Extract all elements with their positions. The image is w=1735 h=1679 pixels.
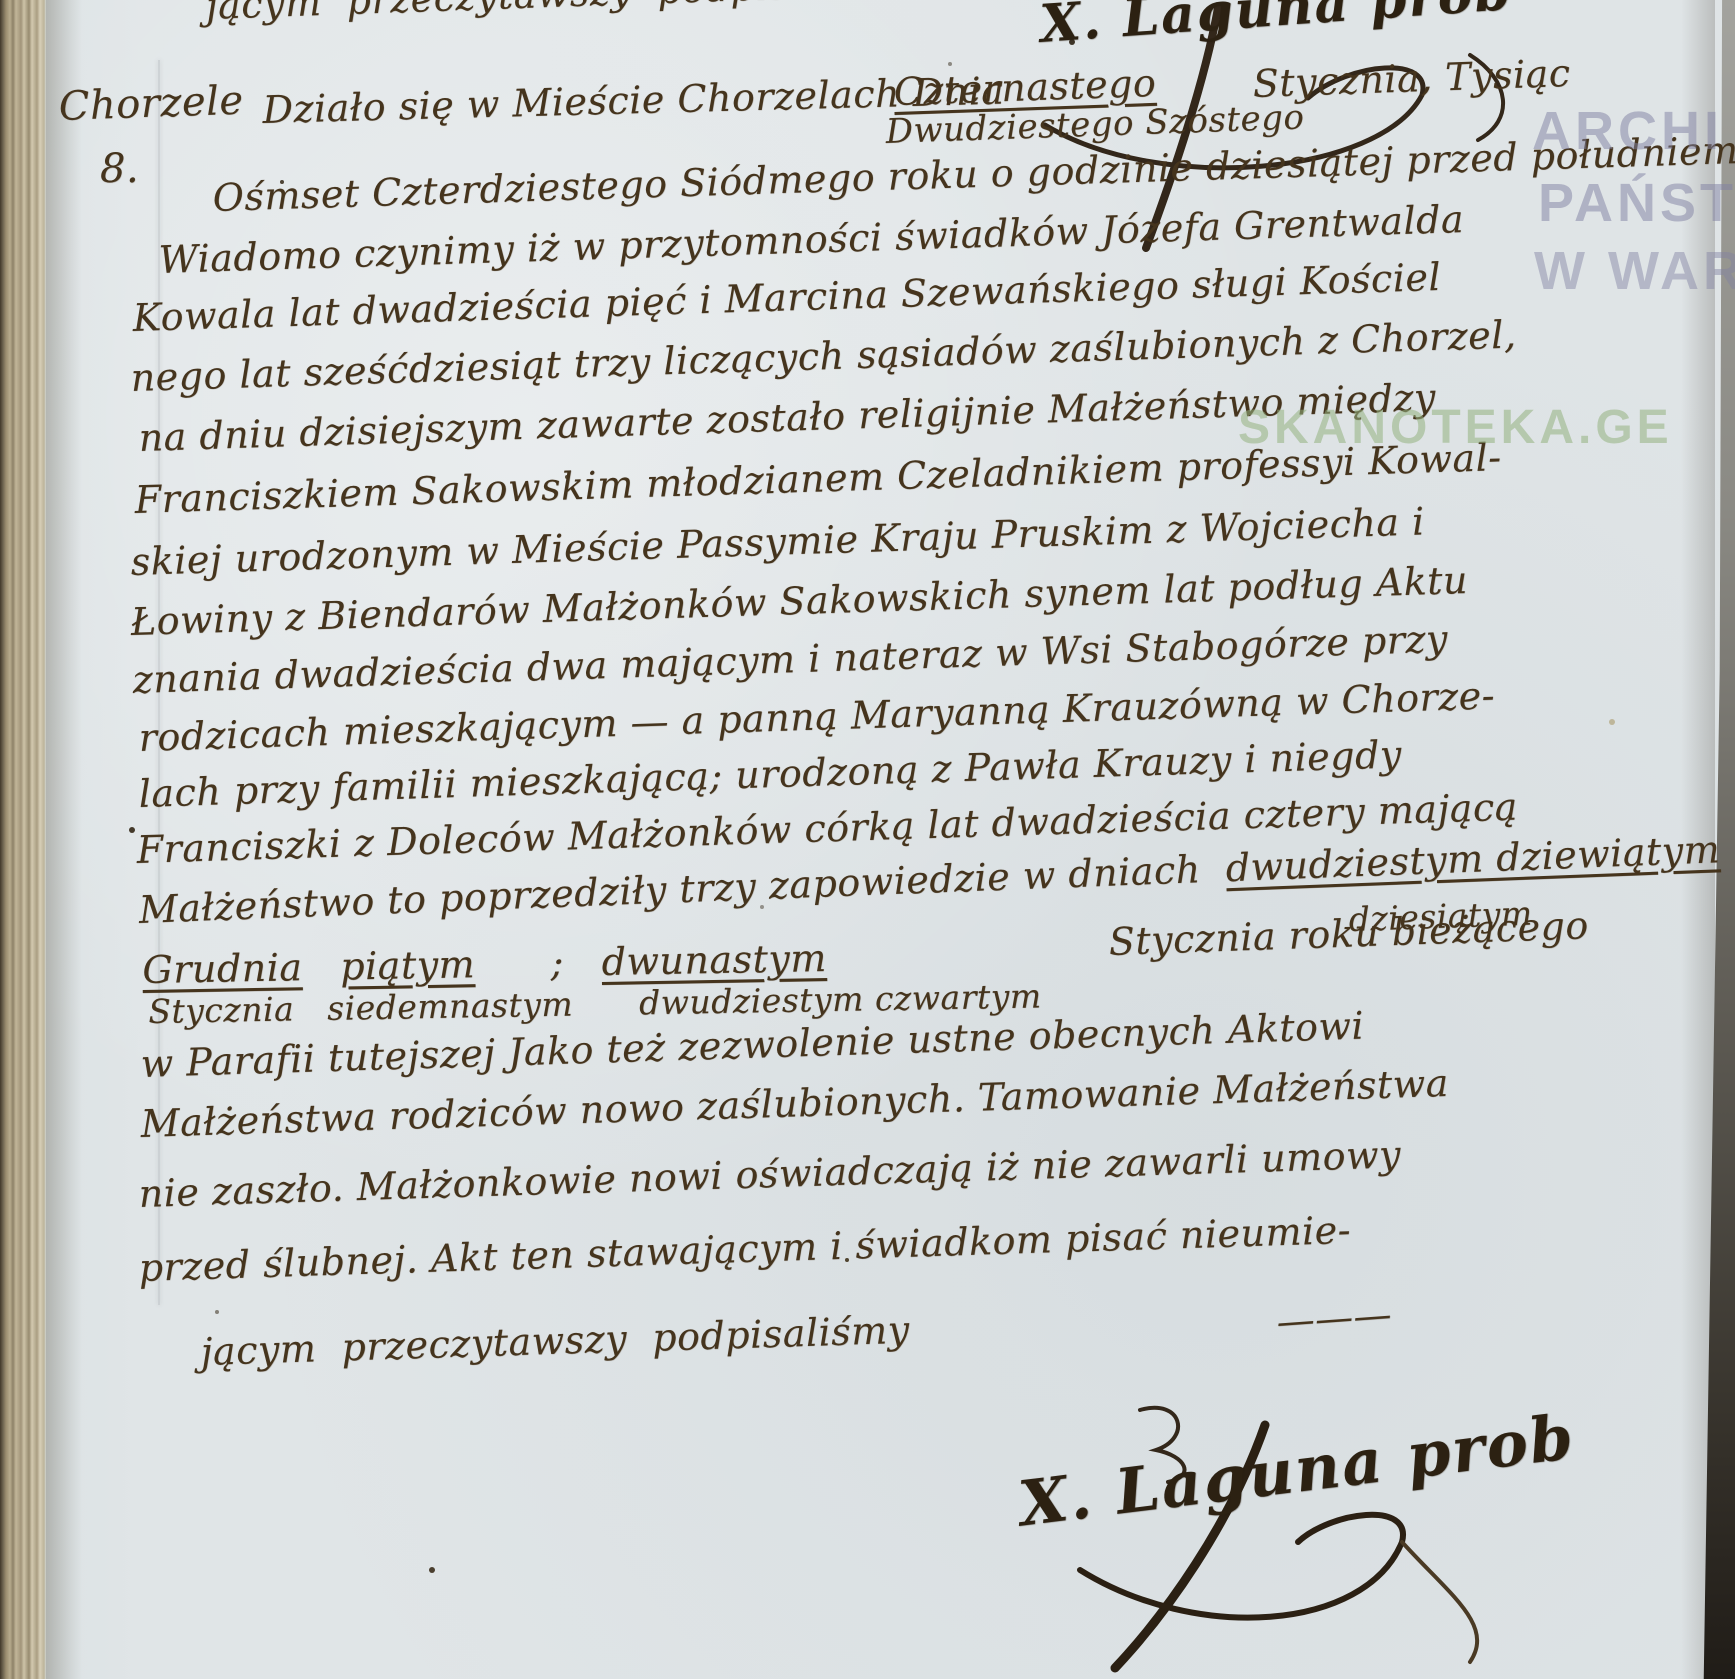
- watermark-panstwowe: PAŃSTW: [1538, 172, 1735, 234]
- underlined-text: dwunastym: [601, 936, 827, 984]
- signature-top: X. Laguna prob: [1038, 0, 1514, 55]
- underlined-text: piątym: [340, 942, 476, 988]
- text-segment: ;: [475, 940, 602, 986]
- handwritten-line: jącym przeczytawszy podpisal: [205, 0, 824, 28]
- handwritten-line: ———: [1275, 1292, 1393, 1344]
- text-segment: [302, 945, 341, 990]
- binding-shadow: [46, 0, 82, 1679]
- ink-specks: [0, 0, 4, 4]
- watermark-warszawa: W WARS: [1534, 240, 1735, 302]
- text-segment: jącym przeczytawszy podpisaliśmy: [200, 1308, 910, 1374]
- text-segment: nie zaszło. Małżonkowie nowi oświadczają…: [138, 1132, 1402, 1216]
- scanned-page: Chorzele 8. jącym przeczytawszy podpisal…: [0, 0, 1735, 1679]
- handwritten-line: jącym przeczytawszy podpisaliśmy: [200, 1308, 910, 1374]
- handwritten-line: przed ślubnej. Akt ten stawającym i świa…: [138, 1208, 1352, 1290]
- handwritten-line: Stycznia roku bieżącego: [1108, 903, 1589, 964]
- text-segment: przed ślubnej. Akt ten stawającym i świa…: [138, 1208, 1352, 1290]
- watermark-skanoteka: SKANOTEKA.GE: [1238, 400, 1673, 455]
- underlined-text: Grudnia: [142, 945, 303, 992]
- underlined-text: dwudziestym dziewiątym: [1225, 827, 1721, 890]
- watermark-archiwum: ARCHI: [1532, 100, 1723, 162]
- margin-place-label: Chorzele: [58, 78, 244, 130]
- signature-bottom: X. Laguna prob: [1015, 1400, 1579, 1541]
- text-segment: ———: [1275, 1292, 1393, 1344]
- book-binding-edge: [0, 0, 46, 1679]
- text-segment: Stycznia roku bieżącego: [1108, 903, 1589, 964]
- handwritten-line: nie zaszło. Małżonkowie nowi oświadczają…: [138, 1132, 1402, 1216]
- text-segment: jącym przeczytawszy podpisal: [205, 0, 824, 28]
- margin-entry-number: 8.: [100, 146, 139, 192]
